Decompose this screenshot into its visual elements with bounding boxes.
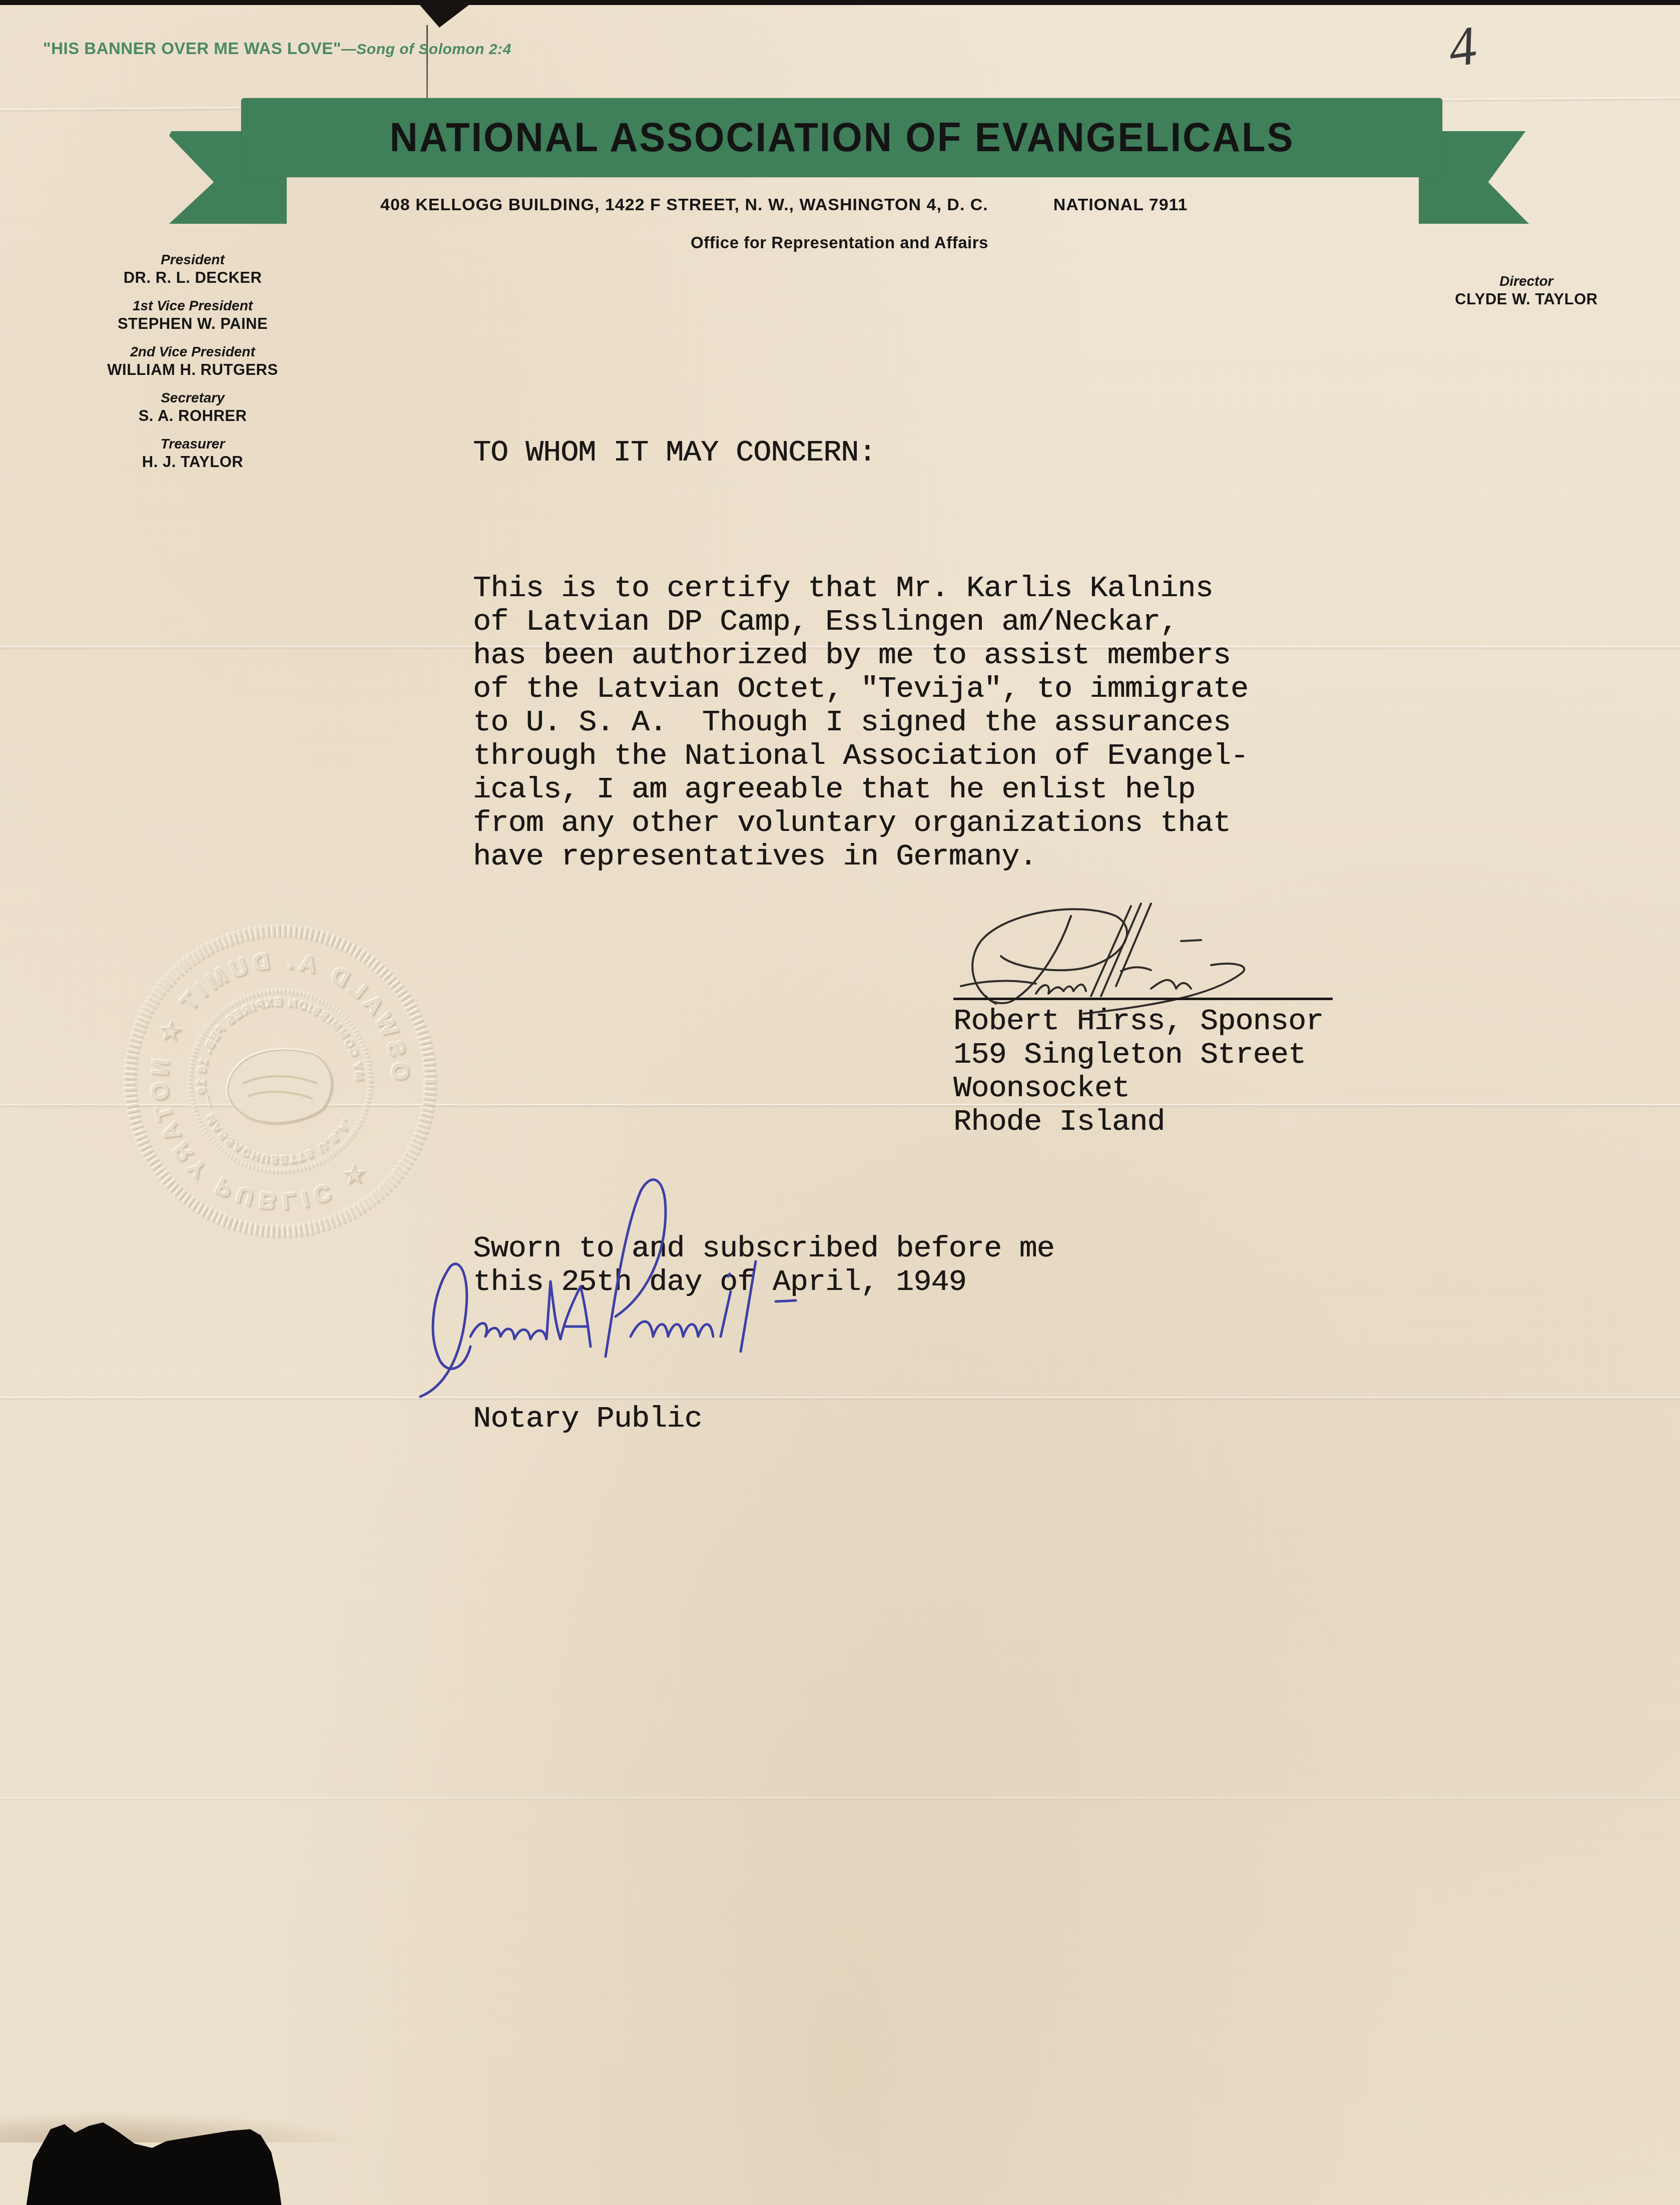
- officer-treasurer: Treasurer H. J. TAYLOR: [65, 435, 320, 472]
- sponsor-handwritten-signature: [951, 886, 1351, 1016]
- officer-name: WILLIAM H. RUTGERS: [65, 360, 320, 379]
- officer-title: 2nd Vice President: [65, 343, 320, 360]
- body-line: to U. S. A. Though I signed the assuranc…: [473, 706, 1248, 740]
- officer-title: Treasurer: [65, 435, 320, 453]
- body-line: through the National Association of Evan…: [473, 740, 1248, 773]
- officer-title: 1st Vice President: [65, 297, 320, 314]
- letterhead-address-line: 408 KELLOGG BUILDING, 1422 F STREET, N. …: [380, 195, 1381, 215]
- officer-first-vice-president: 1st Vice President STEPHEN W. PAINE: [65, 297, 320, 333]
- sponsor-street-line: 159 Singleton Street: [953, 1039, 1323, 1072]
- body-line: icals, I am agreeable that he enlist hel…: [473, 773, 1248, 807]
- scripture-line: "HIS BANNER OVER ME WAS LOVE"—Song of So…: [43, 39, 511, 58]
- director-block: Director CLYDE W. TAYLOR: [1426, 273, 1626, 309]
- officer-name: H. J. TAYLOR: [65, 453, 320, 472]
- organization-banner: NATIONAL ASSOCIATION OF EVANGELICALS: [241, 98, 1442, 177]
- body-line: from any other voluntary organizations t…: [473, 807, 1248, 840]
- officer-secretary: Secretary S. A. ROHRER: [65, 389, 320, 425]
- body-line: have representatives in Germany.: [473, 840, 1248, 874]
- director-name: CLYDE W. TAYLOR: [1426, 290, 1626, 309]
- office-subtitle: Office for Representation and Affairs: [691, 233, 988, 252]
- sponsor-signature-block: Robert Hirss, Sponsor 159 Singleton Stre…: [953, 1005, 1323, 1139]
- officers-list: President DR. R. L. DECKER 1st Vice Pres…: [65, 251, 320, 482]
- sponsor-city-line: Woonsocket: [953, 1072, 1323, 1106]
- officer-second-vice-president: 2nd Vice President WILLIAM H. RUTGERS: [65, 343, 320, 379]
- scripture-citation: —Song of Solomon 2:4: [341, 41, 511, 58]
- embossed-notary-seal: OSWALD A. DUMIT ★ NOTARY PUBLIC ★ MY COM…: [123, 924, 438, 1239]
- sponsor-name-line: Robert Hirss, Sponsor: [953, 1005, 1323, 1039]
- officer-name: S. A. ROHRER: [65, 406, 320, 425]
- letter-body: This is to certify that Mr. Karlis Kalni…: [473, 572, 1248, 874]
- body-line: has been authorized by me to assist memb…: [473, 639, 1248, 673]
- scan-top-edge: [0, 0, 1680, 5]
- notary-public-label: Notary Public: [473, 1403, 702, 1436]
- street-address: 408 KELLOGG BUILDING, 1422 F STREET, N. …: [380, 195, 988, 215]
- fold-crease: [0, 1797, 1680, 1799]
- officer-president: President DR. R. L. DECKER: [65, 251, 320, 287]
- officer-name: DR. R. L. DECKER: [65, 268, 320, 287]
- sponsor-state-line: Rhode Island: [953, 1106, 1323, 1139]
- officer-name: STEPHEN W. PAINE: [65, 314, 320, 333]
- salutation: TO WHOM IT MAY CONCERN:: [473, 436, 876, 470]
- body-line: of the Latvian Octet, "Tevija", to immig…: [473, 673, 1248, 706]
- organization-name: NATIONAL ASSOCIATION OF EVANGELICALS: [389, 114, 1294, 161]
- director-title: Director: [1426, 273, 1626, 290]
- officer-title: President: [65, 251, 320, 268]
- body-line: of Latvian DP Camp, Esslingen am/Neckar,: [473, 606, 1248, 639]
- notary-handwritten-signature: [415, 1166, 1216, 1407]
- phone-number: NATIONAL 7911: [1053, 195, 1188, 215]
- officer-title: Secretary: [65, 389, 320, 406]
- scripture-quote: "HIS BANNER OVER ME WAS LOVE": [43, 39, 341, 58]
- signature-line: [953, 998, 1333, 1000]
- body-line: This is to certify that Mr. Karlis Kalni…: [473, 572, 1248, 606]
